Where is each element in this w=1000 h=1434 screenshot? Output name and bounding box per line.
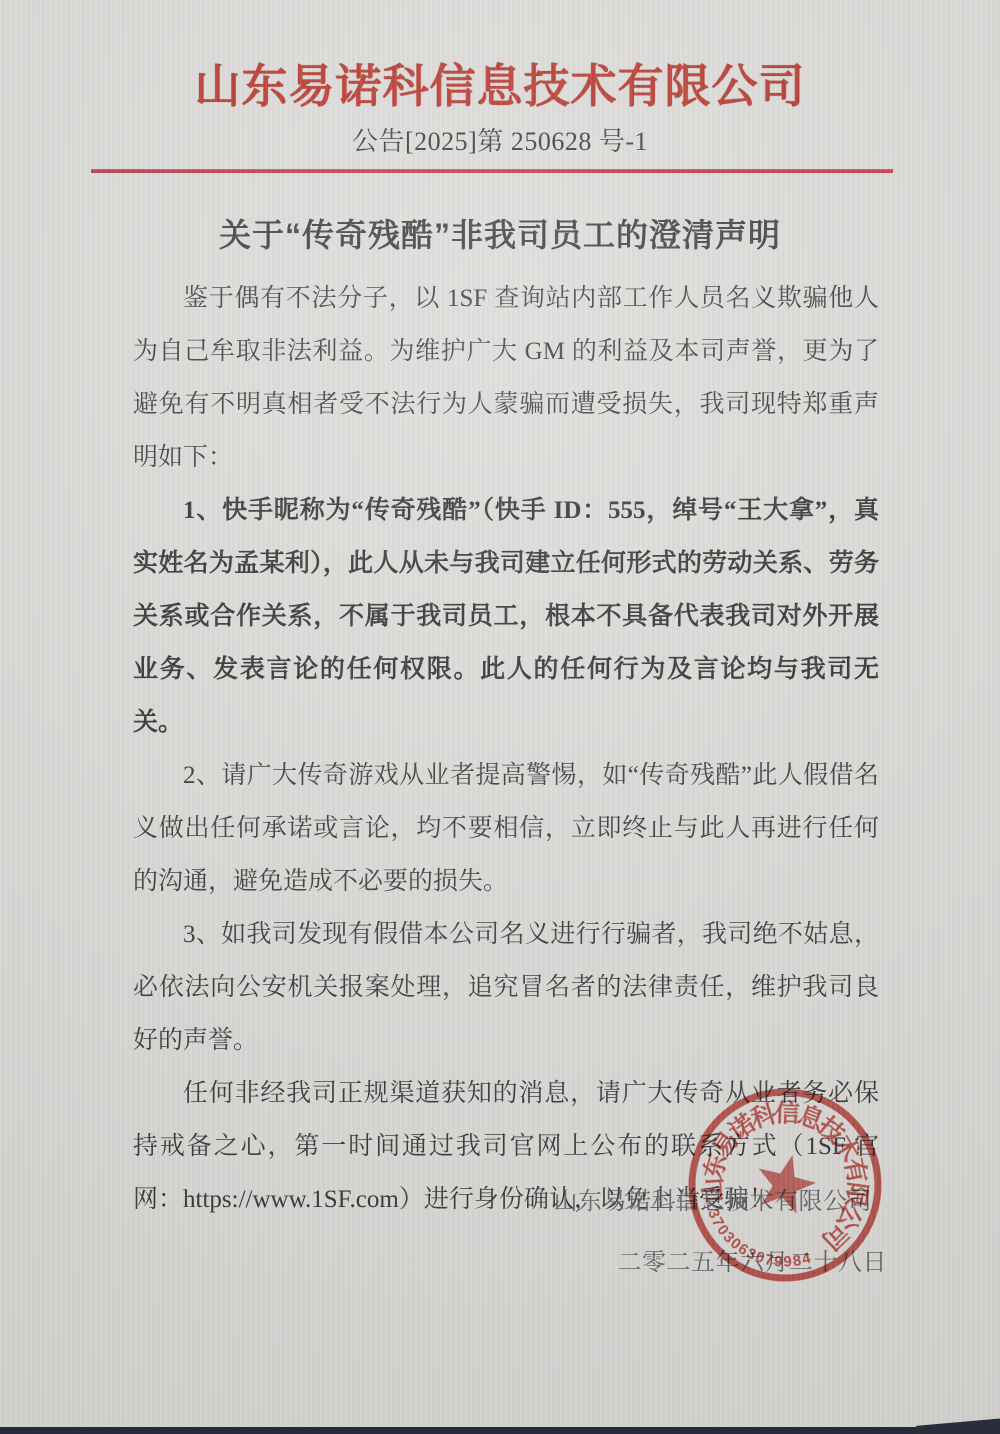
announcement-number: 公告[2025]第 250628 号-1 <box>0 121 1000 158</box>
document-title: 关于“传奇残酷”非我司员工的澄清声明 <box>0 210 1000 256</box>
paragraph-intro: 鉴于偶有不法分子，以 1SF 查询站内部工作人员名义欺骗他人为自己牟取非法利益。… <box>133 272 879 484</box>
paragraph-item-3: 3、如我司发现有假借本公司名义进行行骗者，我司绝不姑息，必依法向公安机关报案处理… <box>133 908 879 1067</box>
announcement-document-page: 山东易诺科信息技术有限公司 公告[2025]第 250628 号-1 关于“传奇… <box>0 0 1000 1434</box>
svg-text:9: 9 <box>783 1253 792 1270</box>
svg-text:9: 9 <box>773 1253 783 1271</box>
scan-edge-bottom <box>0 1427 1000 1434</box>
scan-edge-corner <box>916 1418 1000 1434</box>
paragraph-item-1: 1、快手昵称为“传奇残酷”（快手 ID：555，绰号“王大拿”，真实姓名为孟某利… <box>133 484 879 749</box>
company-header-title: 山东易诺科信息技术有限公司 <box>0 50 1000 116</box>
header-divider-rule <box>91 169 893 173</box>
paragraph-item-2: 2、请广大传奇游戏从业者提高警惕，如“传奇残酷”此人假借名义做出任何承诺或言论，… <box>133 749 879 908</box>
seal-star-icon <box>750 1148 821 1217</box>
